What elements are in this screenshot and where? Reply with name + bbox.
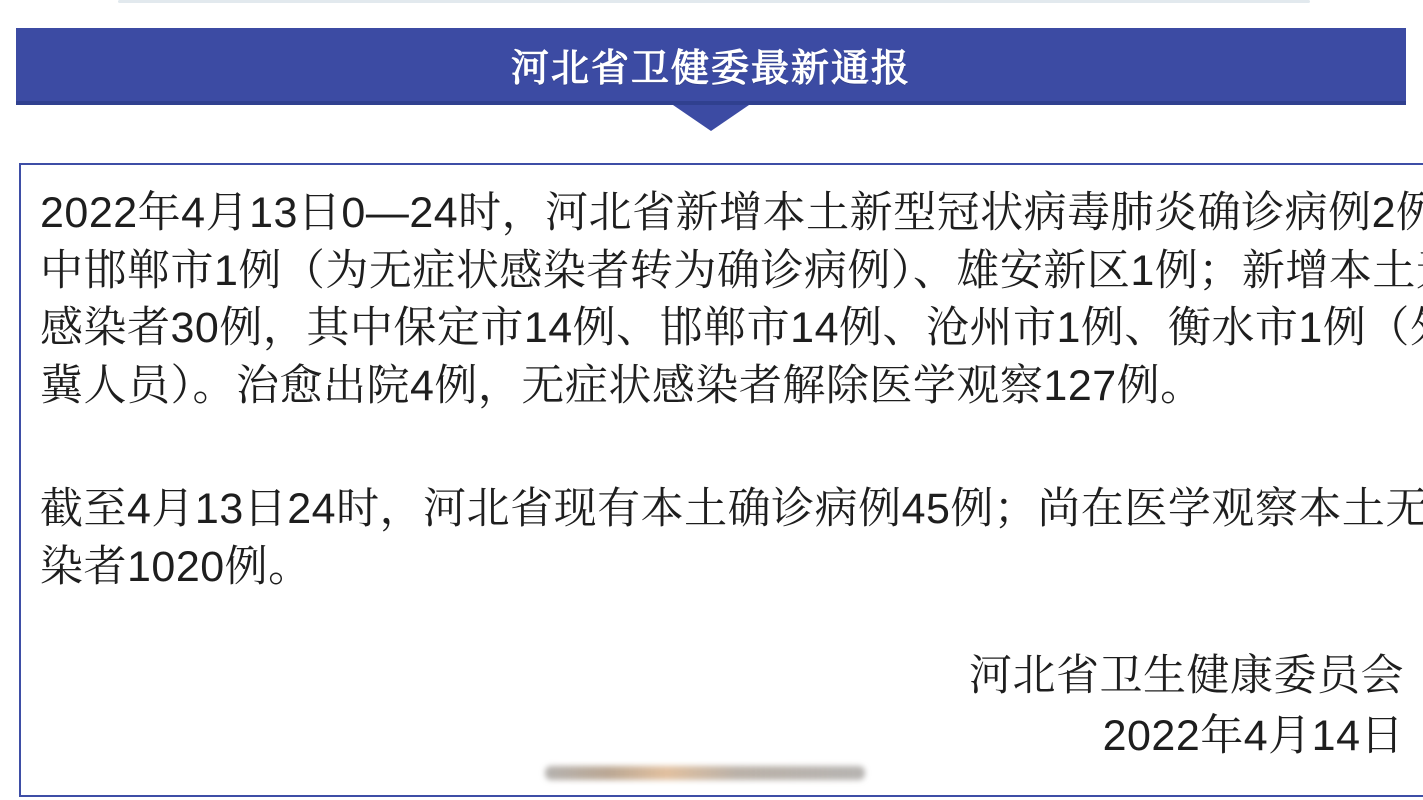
blurred-watermark — [545, 766, 865, 780]
banner-pointer-triangle — [673, 105, 749, 131]
paragraph-line: 2022年4月13日0—24时，河北省新增本土新型冠状病毒肺炎确诊病例2例，其 — [40, 185, 1422, 243]
paragraph-line: 染者1020例。 — [40, 539, 1422, 597]
notice-paragraph-1: 2022年4月13日0—24时，河北省新增本土新型冠状病毒肺炎确诊病例2例，其 … — [40, 185, 1422, 415]
notice-body-box: 2022年4月13日0—24时，河北省新增本土新型冠状病毒肺炎确诊病例2例，其 … — [19, 163, 1423, 797]
notice-banner: 河北省卫健委最新通报 — [16, 28, 1406, 105]
issue-date: 2022年4月14日 — [40, 706, 1404, 766]
paragraph-line: 冀人员）。治愈出院4例，无症状感染者解除医学观察127例。 — [40, 358, 1422, 416]
issuer-name: 河北省卫生健康委员会 — [40, 646, 1404, 706]
top-hairline-divider — [118, 0, 1310, 3]
notice-paragraph-2: 截至4月13日24时，河北省现有本土确诊病例45例；尚在医学观察本土无症状感 染… — [40, 481, 1422, 596]
paragraph-line: 截至4月13日24时，河北省现有本土确诊病例45例；尚在医学观察本土无症状感 — [40, 481, 1422, 539]
signature-block: 河北省卫生健康委员会 2022年4月14日 — [40, 646, 1422, 766]
notice-page: 河北省卫健委最新通报 2022年4月13日0—24时，河北省新增本土新型冠状病毒… — [0, 0, 1423, 800]
banner-title: 河北省卫健委最新通报 — [511, 37, 911, 92]
paragraph-line: 感染者30例，其中保定市14例、邯郸市14例、沧州市1例、衡水市1例（外省返 — [40, 300, 1422, 358]
paragraph-line: 中邯郸市1例（为无症状感染者转为确诊病例）、雄安新区1例；新增本土无症状 — [40, 243, 1422, 301]
